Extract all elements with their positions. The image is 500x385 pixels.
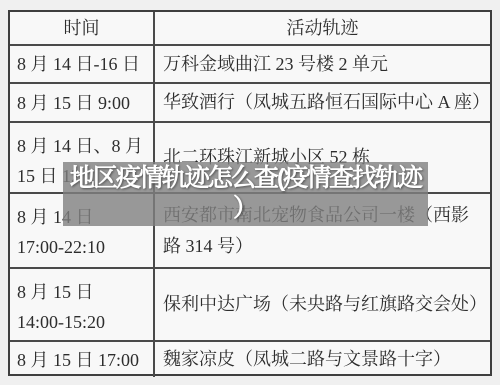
time-text: 8 月 14 日、8 月 [17, 131, 149, 161]
time-cell: 8 月 15 日 9:00 [10, 84, 155, 121]
table-row: 8 月 15 日 14:00-15:20 保利中达广场（未央路与红旗路交会处） [10, 267, 490, 340]
table-row: 8 月 15 日 9:00 华致酒行（凤城五路恒石国际中心 A 座） [10, 82, 490, 121]
watermark-title: 地区疫情轨迹怎么查(疫情查找轨迹 [63, 162, 428, 194]
table-header-row: 时间 活动轨迹 [10, 12, 490, 44]
header-time: 时间 [10, 12, 155, 44]
table-row: 8 月 15 日 17:00 魏家凉皮（凤城二路与文景路十字） [10, 340, 490, 377]
time-text: 17:00-22:10 [17, 232, 149, 262]
track-text: 华致酒行（凤城五路恒石国际中心 A 座） [163, 87, 484, 118]
time-text: 8 月 14 日-16 日 [17, 49, 149, 79]
time-cell: 8 月 14 日-16 日 [10, 46, 155, 82]
time-text: 8 月 15 日 [17, 277, 149, 307]
track-text: 万科金域曲江 23 号楼 2 单元 [163, 49, 388, 80]
header-track: 活动轨迹 [155, 12, 490, 44]
track-text: 魏家凉皮（凤城二路与文景路十字） [163, 344, 451, 375]
time-text: 8 月 15 日 9:00 [17, 88, 149, 118]
time-text: 14:00-15:20 [17, 307, 149, 337]
track-cell: 万科金域曲江 23 号楼 2 单元 [155, 46, 490, 82]
track-cell: 保利中达广场（未央路与红旗路交会处） [155, 269, 490, 340]
track-cell: 魏家凉皮（凤城二路与文景路十字） [155, 342, 490, 377]
page: 时间 活动轨迹 8 月 14 日-16 日 万科金域曲江 23 号楼 2 单元 … [0, 0, 500, 385]
time-cell: 8 月 15 日 17:00 [10, 342, 155, 377]
table-row: 8 月 14 日-16 日 万科金域曲江 23 号楼 2 单元 [10, 44, 490, 82]
track-cell: 华致酒行（凤城五路恒石国际中心 A 座） [155, 84, 490, 121]
watermark-title-paren: ） [63, 194, 428, 222]
time-cell: 8 月 15 日 14:00-15:20 [10, 269, 155, 340]
time-text: 8 月 15 日 17:00 [17, 345, 149, 375]
watermark-overlay: 地区疫情轨迹怎么查(疫情查找轨迹 ） [63, 162, 428, 226]
track-text: 保利中达广场（未央路与红旗路交会处） [163, 289, 484, 320]
